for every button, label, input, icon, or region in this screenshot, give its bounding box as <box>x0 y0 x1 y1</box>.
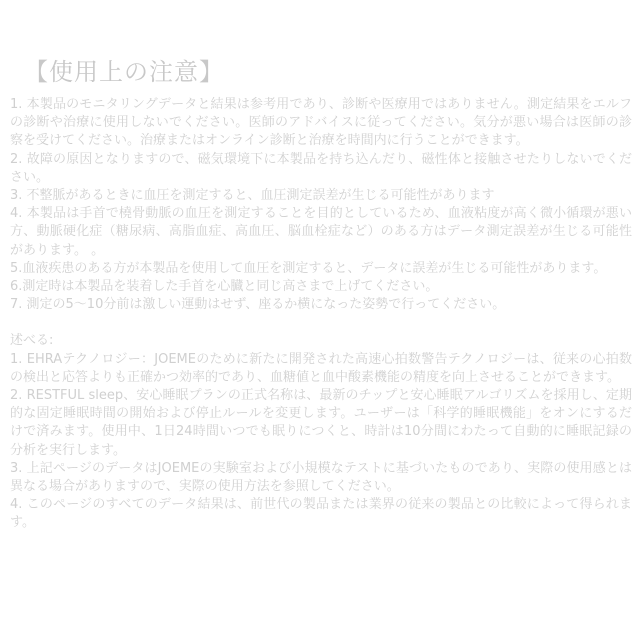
precaution-item: 4. 本製品は手首で橈骨動脈の血圧を測定することを目的としているため、血液粘度が… <box>10 205 632 260</box>
note-item: 4. このページのすべてのデータ結果は、前世代の製品または業界の従来の製品との比… <box>10 496 632 532</box>
page-title: 【使用上の注意】 <box>24 52 224 87</box>
precaution-item: 2. 故障の原因となりますので、磁気環境下に本製品を持ち込んだり、磁性体と接触さ… <box>10 151 632 187</box>
note-item: 2. RESTFUL sleep、安心睡眠プランの正式名称は、最新のチップと安心… <box>10 387 632 460</box>
precaution-item: 6.測定時は本製品を装着した手首を心臓と同じ高さまで上げてください。 <box>10 278 632 296</box>
note-item: 3. 上記ページのデータはJOEMEの実験室および小規模なテストに基づいたもので… <box>10 460 632 496</box>
precaution-item: 3. 不整脈があるときに血圧を測定すると、血圧測定誤差が生じる可能性があります <box>10 187 632 205</box>
section-spacer <box>10 314 632 332</box>
precaution-item: 5.血液疾患のある方が本製品を使用して血圧を測定すると、データに誤差が生じる可能… <box>10 260 632 278</box>
precaution-item: 1. 本製品のモニタリングデータと結果は参考用であり、診断や医療用ではありません… <box>10 96 632 151</box>
precautions-body: 1. 本製品のモニタリングデータと結果は参考用であり、診断や医療用ではありません… <box>10 96 632 533</box>
note-item: 1. EHRAテクノロジー：JOEMEのために新たに開発された高速心拍数警告テク… <box>10 351 632 387</box>
notes-heading: 述べる: <box>10 332 632 350</box>
precaution-item: 7. 測定の5～10分前は激しい運動はせず、座るか横になった姿勢で行ってください… <box>10 296 632 314</box>
